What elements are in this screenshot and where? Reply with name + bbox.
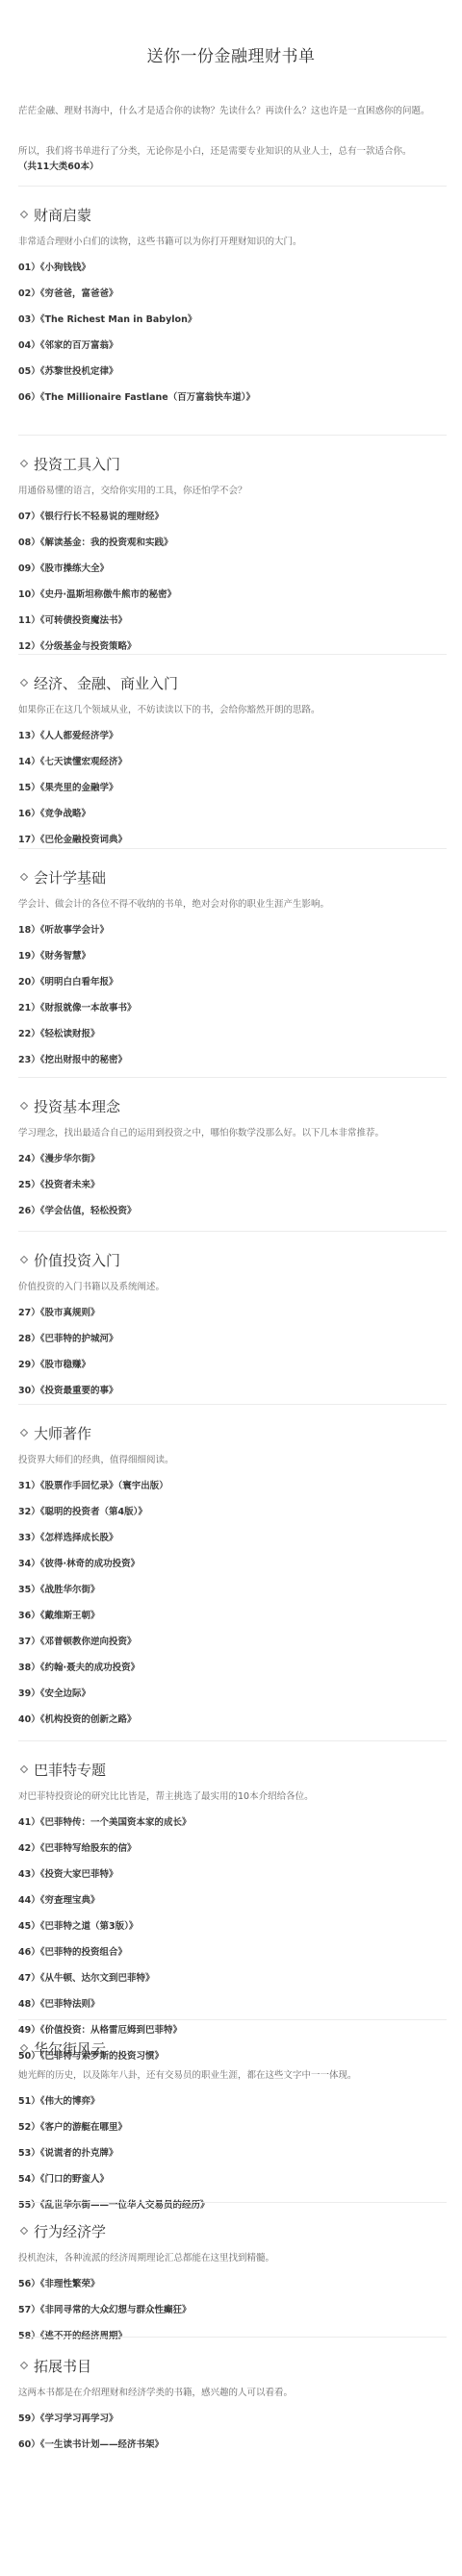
section-divider xyxy=(18,1077,447,1078)
section-heading-text: 会计学基础 xyxy=(34,869,106,887)
diamond-bullet-icon xyxy=(20,2227,28,2235)
book-list-item: 46）《巴菲特的投资组合》 xyxy=(18,1946,127,1960)
section-heading: 华尔街风云 xyxy=(18,2038,106,2060)
section-heading-text: 行为经济学 xyxy=(34,2223,106,2240)
book-list-item: 35）《战胜华尔街》 xyxy=(18,1584,99,1597)
section-description: 学习理念，找出最适合自己的运用到投资之中，哪怕你数学没那么好。以下几本非常推荐。 xyxy=(18,1127,447,1140)
diamond-bullet-icon xyxy=(20,460,28,467)
section-description: 对巴菲特投资论的研究比比皆是，帮主挑选了最实用的10本介绍给各位。 xyxy=(18,1790,447,1804)
book-list-item: 37）《邓普顿教你逆向投资》 xyxy=(18,1636,136,1649)
book-list-item: 25）《投资者未来》 xyxy=(18,1179,99,1192)
diamond-bullet-icon xyxy=(20,679,28,687)
diamond-bullet-icon xyxy=(20,2044,28,2052)
book-list-item: 57）《非同寻常的大众幻想与群众性癫狂》 xyxy=(18,2304,191,2317)
section-heading: 巴菲特专题 xyxy=(18,1760,106,1781)
section-divider xyxy=(18,1404,447,1405)
book-list-item: 18）《听故事学会计》 xyxy=(18,924,109,938)
book-list-item: 07）《银行行长不轻易说的理财经》 xyxy=(18,511,164,524)
section-heading-text: 经济、金融、商业入门 xyxy=(34,675,178,692)
section-divider xyxy=(18,186,447,187)
book-list-item: 31）《股票作手回忆录》（寰宇出版） xyxy=(18,1480,168,1493)
book-list-item: 49）《价值投资：从格雷厄姆到巴菲特》 xyxy=(18,2024,182,2038)
book-list-item: 43）《投资大家巴菲特》 xyxy=(18,1868,117,1882)
book-list-item: 60）《一生读书计划——经济书架》 xyxy=(18,2438,164,2452)
section-heading: 财商启蒙 xyxy=(18,205,91,226)
section-heading: 会计学基础 xyxy=(18,867,106,888)
book-list-item: 08）《解读基金：我的投资观和实践》 xyxy=(18,537,172,550)
section-heading-text: 大师著作 xyxy=(34,1425,91,1442)
section-description: 用通俗易懂的语言，交给你实用的工具，你还怕学不会？ xyxy=(18,485,447,498)
book-list-item: 27）《股市真规则》 xyxy=(18,1307,99,1320)
book-list-item: 01）《小狗钱钱》 xyxy=(18,262,90,275)
book-list-item: 28）《巴菲特的护城河》 xyxy=(18,1333,117,1346)
book-list-item: 11）《可转债投资魔法书》 xyxy=(18,614,127,628)
section-description: 她光辉的历史，以及陈年八卦，还有交易员的职业生涯，都在这些文字中一一体现。 xyxy=(18,2069,447,2083)
book-list-item: 13）《人人都爱经济学》 xyxy=(18,730,117,743)
intro-paragraph-2: 所以，我们将书单进行了分类，无论你是小白，还是需要专业知识的从业人士，总有一款适… xyxy=(18,144,442,175)
intro-text: 所以，我们将书单进行了分类，无论你是小白，还是需要专业知识的从业人士，总有一款适… xyxy=(18,146,412,157)
book-list-item: 22）《轻松读财报》 xyxy=(18,1028,99,1041)
book-list-item: 59）《学习学习再学习》 xyxy=(18,2413,117,2426)
section-heading-text: 投资基本理念 xyxy=(34,1098,120,1115)
section-description: 投机泡沫，各种流派的经济周期理论汇总都能在这里找到精髓。 xyxy=(18,2252,447,2265)
diamond-bullet-icon xyxy=(20,211,28,218)
book-list-item: 45）《巴菲特之道（第3版）》 xyxy=(18,1920,138,1934)
book-list-item: 33）《怎样选择成长股》 xyxy=(18,1532,117,1545)
book-list-item: 16）《竞争战略》 xyxy=(18,808,90,821)
section-divider xyxy=(18,2019,447,2020)
book-list-item: 21）《财报就像一本故事书》 xyxy=(18,1002,136,1015)
section-heading-text: 价值投资入门 xyxy=(34,1252,120,1269)
book-list-item: 24）《漫步华尔街》 xyxy=(18,1153,99,1166)
book-list-item: 52）《客户的游艇在哪里》 xyxy=(18,2121,127,2135)
section-heading: 投资基本理念 xyxy=(18,1096,120,1117)
book-list-item: 05）《苏黎世投机定律》 xyxy=(18,365,117,379)
section-description: 这两本书都是在介绍理财和经济学类的书籍，感兴趣的人可以看看。 xyxy=(18,2387,447,2400)
section-description: 投资界大师们的经典，值得细细阅读。 xyxy=(18,1454,447,1467)
diamond-bullet-icon xyxy=(20,873,28,881)
book-list-item: 36）《戴维斯王朝》 xyxy=(18,1610,99,1623)
book-list-item: 14）《七天读懂宏观经济》 xyxy=(18,756,127,769)
page-title: 送你一份金融理财书单 xyxy=(0,42,462,66)
section-description: 如果你正在这几个领域从业，不妨读读以下的书，会给你豁然开朗的思路。 xyxy=(18,704,447,717)
book-list-item: 06）《The Millionaire Fastlane（百万富翁快车道）》 xyxy=(18,391,255,405)
intro-paragraph-1: 茫茫金融、理财书海中，什么才是适合你的读物？先读什么？再读什么？这也许是一直困惑… xyxy=(18,104,442,119)
section-heading: 价值投资入门 xyxy=(18,1250,120,1271)
diamond-bullet-icon xyxy=(20,1429,28,1437)
section-heading: 投资工具入门 xyxy=(18,454,120,475)
book-list-item: 15）《果壳里的金融学》 xyxy=(18,782,117,795)
book-list-item: 56）《非理性繁荣》 xyxy=(18,2278,99,2291)
section-heading-text: 华尔街风云 xyxy=(34,2040,106,2058)
book-list-item: 29）《股市稳赚》 xyxy=(18,1359,90,1372)
section-heading-text: 巴菲特专题 xyxy=(34,1762,106,1779)
book-list-item: 40）《机构投资的创新之路》 xyxy=(18,1713,136,1727)
section-description: 非常适合理财小白们的读物，这些书籍可以为你打开理财知识的大门。 xyxy=(18,236,447,249)
book-list-item: 51）《伟大的博弈》 xyxy=(18,2095,99,2109)
section-heading: 大师著作 xyxy=(18,1423,91,1444)
section-heading: 经济、金融、商业入门 xyxy=(18,673,178,694)
section-heading-text: 财商启蒙 xyxy=(34,207,91,224)
book-list-item: 09）《股市操练大全》 xyxy=(18,563,109,576)
diamond-bullet-icon xyxy=(20,1765,28,1773)
intro-count: （共11大类60本） xyxy=(18,162,98,172)
book-list-item: 20）《明明白白看年报》 xyxy=(18,976,117,989)
diamond-bullet-icon xyxy=(20,1102,28,1110)
book-list-item: 19）《财务智慧》 xyxy=(18,950,90,963)
book-list-item: 41）《巴菲特传：一个美国资本家的成长》 xyxy=(18,1816,191,1830)
book-list-item: 03）《The Richest Man in Babylon》 xyxy=(18,313,196,327)
book-list-item: 44）《穷查理宝典》 xyxy=(18,1894,99,1908)
section-description: 价值投资的入门书籍以及系统阐述。 xyxy=(18,1281,447,1294)
book-list-item: 04）《邻家的百万富翁》 xyxy=(18,339,117,353)
section-divider xyxy=(18,848,447,849)
book-list-item: 42）《巴菲特写给股东的信》 xyxy=(18,1842,136,1856)
section-divider xyxy=(18,1740,447,1741)
book-list-item: 12）《分级基金与投资策略》 xyxy=(18,640,136,654)
section-divider xyxy=(18,2202,447,2203)
section-divider xyxy=(18,1231,447,1232)
section-divider xyxy=(18,654,447,655)
book-list-item: 10）《史丹·温斯坦称傲牛熊市的秘密》 xyxy=(18,588,176,602)
section-description: 学会计、做会计的各位不得不收纳的书单，绝对会对你的职业生涯产生影响。 xyxy=(18,898,447,912)
book-list-item: 53）《说谎者的扑克牌》 xyxy=(18,2147,117,2161)
book-list-item: 32）《聪明的投资者（第4版）》 xyxy=(18,1506,147,1519)
book-list-item: 39）《安全边际》 xyxy=(18,1688,90,1701)
book-list-item: 26）《学会估值，轻松投资》 xyxy=(18,1205,136,1218)
book-list-item: 38）《约翰·聂夫的成功投资》 xyxy=(18,1662,140,1675)
book-list-item: 23）《挖出财报中的秘密》 xyxy=(18,1054,127,1067)
diamond-bullet-icon xyxy=(20,2362,28,2369)
book-list-item: 30）《投资最重要的事》 xyxy=(18,1385,117,1398)
section-heading-text: 拓展书目 xyxy=(34,2358,91,2375)
book-list-item: 47）《从牛顿、达尔文到巴菲特》 xyxy=(18,1972,154,1986)
section-heading: 拓展书目 xyxy=(18,2356,91,2377)
book-list-item: 34）《彼得·林奇的成功投资》 xyxy=(18,1558,140,1571)
section-divider xyxy=(18,435,447,436)
section-divider xyxy=(18,2337,447,2338)
book-list-item: 48）《巴菲特法则》 xyxy=(18,1998,99,2012)
book-list-item: 02）《穷爸爸，富爸爸》 xyxy=(18,288,117,301)
book-list-item: 54）《门口的野蛮人》 xyxy=(18,2173,109,2187)
diamond-bullet-icon xyxy=(20,1256,28,1263)
book-list-item: 17）《巴伦金融投资词典》 xyxy=(18,834,127,847)
section-heading: 行为经济学 xyxy=(18,2221,106,2242)
section-heading-text: 投资工具入门 xyxy=(34,456,120,473)
